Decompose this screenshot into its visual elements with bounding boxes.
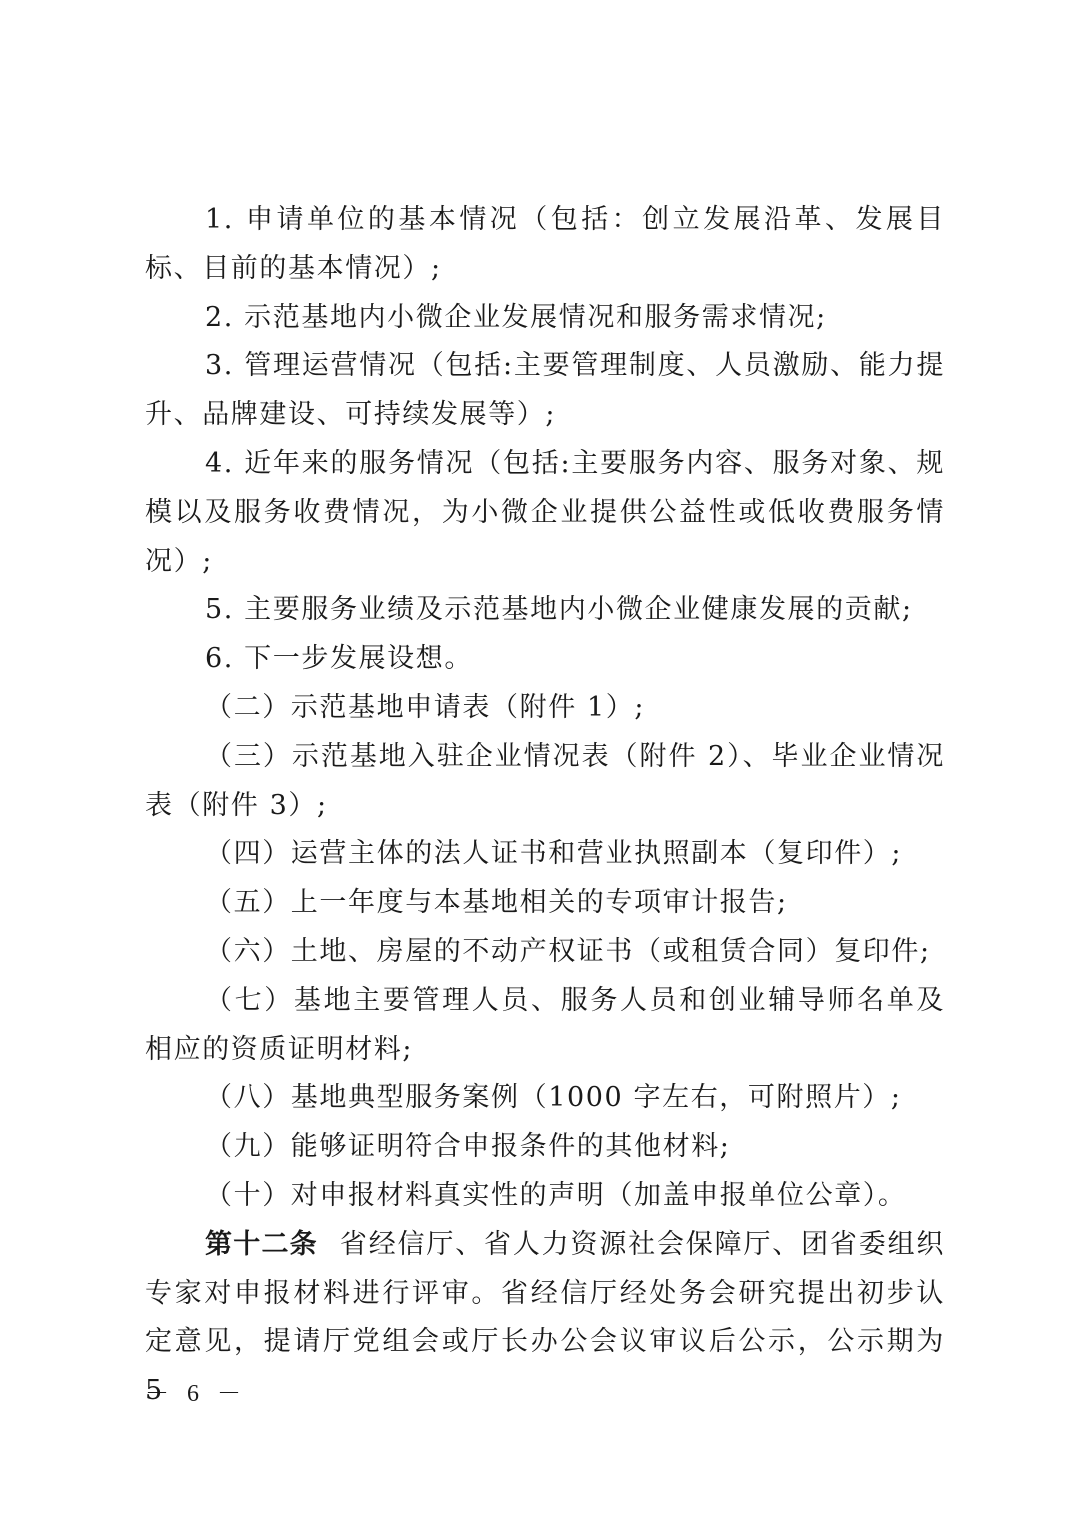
- paragraph-section-7: （七）基地主要管理人员、服务人员和创业辅导师名单及相应的资质证明材料;: [145, 977, 945, 1075]
- paragraph-item-1: 1. 申请单位的基本情况（包括：创立发展沿革、发展目标、目前的基本情况）;: [145, 196, 945, 294]
- paragraph-section-2: （二）示范基地申请表（附件 1）;: [145, 684, 945, 733]
- article-12-paragraph: 第十二条省经信厅、省人力资源社会保障厅、团省委组织专家对申报材料进行评审。省经信…: [145, 1221, 945, 1416]
- page-number: － 6 －: [145, 1373, 247, 1408]
- paragraph-item-3: 3. 管理运营情况（包括:主要管理制度、人员激励、能力提升、品牌建设、可持续发展…: [145, 342, 945, 440]
- paragraph-section-10: （十）对申报材料真实性的声明（加盖申报单位公章）。: [145, 1172, 945, 1221]
- paragraph-item-2: 2. 示范基地内小微企业发展情况和服务需求情况;: [145, 294, 945, 343]
- paragraph-section-9: （九）能够证明符合申报条件的其他材料;: [145, 1123, 945, 1172]
- paragraph-section-3: （三）示范基地入驻企业情况表（附件 2）、毕业企业情况表（附件 3）;: [145, 733, 945, 831]
- paragraph-section-6: （六）土地、房屋的不动产权证书（或租赁合同）复印件;: [145, 928, 945, 977]
- paragraph-section-5: （五）上一年度与本基地相关的专项审计报告;: [145, 879, 945, 928]
- paragraph-item-5: 5. 主要服务业绩及示范基地内小微企业健康发展的贡献;: [145, 586, 945, 635]
- paragraph-section-4: （四）运营主体的法人证书和营业执照副本（复印件）;: [145, 830, 945, 879]
- paragraph-section-8: （八）基地典型服务案例（1000 字左右，可附照片）;: [145, 1074, 945, 1123]
- paragraph-item-6: 6. 下一步发展设想。: [145, 635, 945, 684]
- paragraph-item-4: 4. 近年来的服务情况（包括:主要服务内容、服务对象、规模以及服务收费情况，为小…: [145, 440, 945, 586]
- article-heading: 第十二条: [205, 1229, 318, 1260]
- document-page-body: 1. 申请单位的基本情况（包括：创立发展沿革、发展目标、目前的基本情况）; 2.…: [145, 196, 945, 1416]
